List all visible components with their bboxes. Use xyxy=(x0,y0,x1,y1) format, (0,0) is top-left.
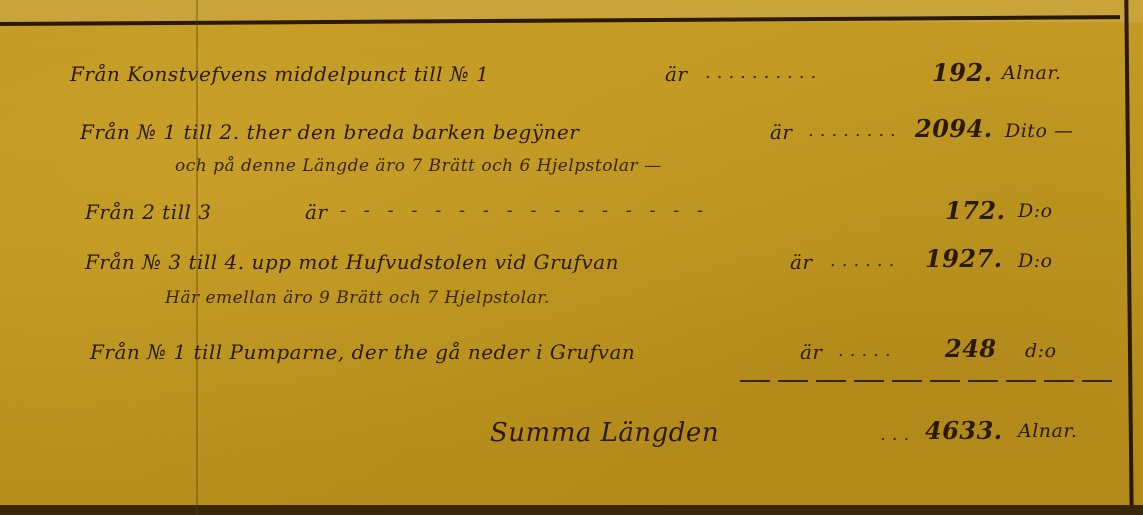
entry-amount: 172. xyxy=(945,196,1005,225)
entry-amount: 1927. xyxy=(925,244,1003,273)
entry-note-text: Här emellan äro 9 Brätt och 7 Hjelpstola… xyxy=(165,288,550,308)
entry-description: Från № 1 till Pumparne, der the gå neder… xyxy=(90,340,635,364)
entry-unit: D:o xyxy=(1018,200,1053,222)
entry-description: Från № 3 till 4. upp mot Hufvudstolen vi… xyxy=(85,250,619,274)
entry-note-text: och på denne Längde äro 7 Brätt och 6 Hj… xyxy=(175,156,662,176)
entry-description: Från Konstvefvens middelpunct till № 1 xyxy=(70,62,489,86)
entry-unit: d:o xyxy=(1025,340,1057,362)
leader-dots: ...... xyxy=(830,250,900,271)
entry-description: Från 2 till 3 xyxy=(85,200,212,224)
entry-unit: Dito — xyxy=(1005,120,1073,142)
right-border-rule xyxy=(1124,0,1133,515)
total-amount: 4633. xyxy=(925,416,1003,445)
bottom-border-rule xyxy=(0,505,1143,515)
entry-verb: är xyxy=(790,250,812,274)
entry-amount: 248 xyxy=(945,334,997,363)
total-unit: Alnar. xyxy=(1018,420,1077,442)
entry-amount: 2094. xyxy=(915,114,993,143)
leader-dots: ..... xyxy=(838,340,897,361)
entry-verb: är xyxy=(305,200,327,224)
entry-amount: 192. xyxy=(932,58,992,87)
leader-dots: ... xyxy=(880,424,915,445)
entry-verb: är xyxy=(800,340,822,364)
entry-unit: Alnar. xyxy=(1002,62,1061,84)
entry-verb: är xyxy=(665,62,687,86)
sum-divider-line xyxy=(740,380,1120,382)
entry-unit: D:o xyxy=(1018,250,1053,272)
entry-description: Från № 1 till 2. ther den breda barken b… xyxy=(80,120,579,144)
total-label: Summa Längden xyxy=(490,418,719,448)
leader-dots: .......... xyxy=(705,62,822,83)
leader-dots: ........ xyxy=(808,120,902,141)
leader-dots: - - - - - - - - - - - - - - - - xyxy=(340,200,709,221)
manuscript-page: Från Konstvefvens middelpunct till № 1 ä… xyxy=(0,0,1143,515)
entry-verb: är xyxy=(770,120,792,144)
